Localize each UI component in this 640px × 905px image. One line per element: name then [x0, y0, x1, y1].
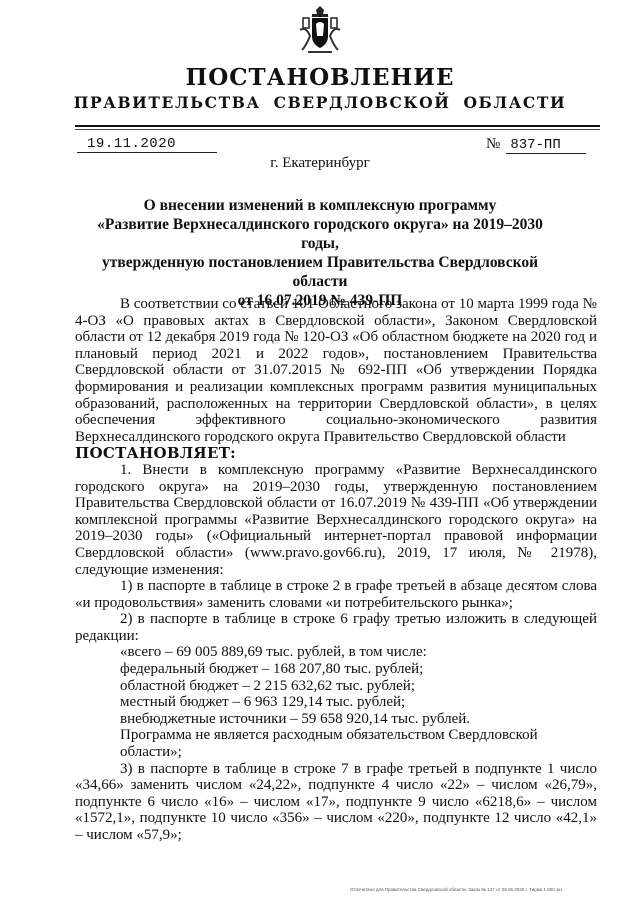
number-value: 837-ПП	[506, 137, 586, 154]
item-1-paragraph: 1. Внести в комплексную программу «Разви…	[75, 462, 597, 578]
budget-line: местный бюджет – 6 963 129,14 тыс. рубле…	[75, 694, 597, 711]
city: г. Екатеринбург	[0, 155, 640, 172]
document-heading: О внесении изменений в комплексную прогр…	[80, 196, 560, 310]
document-type-title: ПОСТАНОВЛЕНИЕ	[0, 64, 640, 91]
subitem-2-paragraph: 2) в паспорте в таблице в строке 6 графу…	[75, 611, 597, 644]
header-divider-thin	[75, 129, 600, 130]
preamble-paragraph: В соответствии со статьей 101 Областного…	[75, 296, 597, 445]
coat-of-arms-icon	[298, 6, 342, 58]
header-divider	[75, 125, 600, 127]
subitem-3-paragraph: 3) в паспорте в таблице в строке 7 в гра…	[75, 761, 597, 844]
budget-line: областной бюджет – 2 215 632,62 тыс. руб…	[75, 678, 597, 695]
document-body: В соответствии со статьей 101 Областного…	[75, 296, 597, 844]
document-number: №837-ПП	[486, 136, 596, 154]
budget-line: «всего – 69 005 889,69 тыс. рублей, в то…	[75, 644, 597, 661]
heading-line: утвержденную постановлением Правительств…	[80, 253, 560, 291]
issuing-authority: ПРАВИТЕЛЬСТВА СВЕРДЛОВСКОЙ ОБЛАСТИ	[0, 93, 640, 112]
document-date: 19.11.2020	[77, 136, 217, 153]
heading-line: «Развитие Верхнесалдинского городского о…	[80, 215, 560, 253]
print-note: Отпечатано для Правительства Свердловско…	[350, 887, 564, 892]
budget-line: Программа не является расходным обязател…	[75, 727, 597, 760]
heading-line: О внесении изменений в комплексную прогр…	[80, 196, 560, 215]
subitem-1-paragraph: 1) в паспорте в таблице в строке 2 в гра…	[75, 578, 597, 611]
decree-word: ПОСТАНОВЛЯЕТ:	[75, 445, 597, 462]
budget-line: федеральный бюджет – 168 207,80 тыс. руб…	[75, 661, 597, 678]
budget-line: внебюджетные источники – 59 658 920,14 т…	[75, 711, 597, 728]
number-sign: №	[486, 136, 500, 153]
